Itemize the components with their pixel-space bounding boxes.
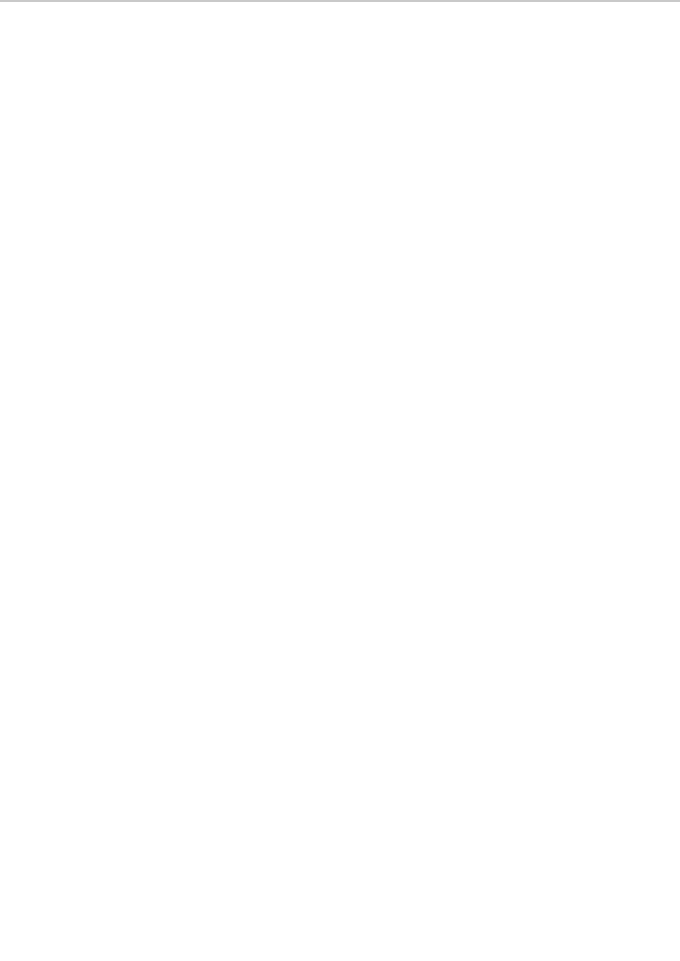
document-content	[101, 2, 566, 81]
document-page	[0, 0, 680, 961]
